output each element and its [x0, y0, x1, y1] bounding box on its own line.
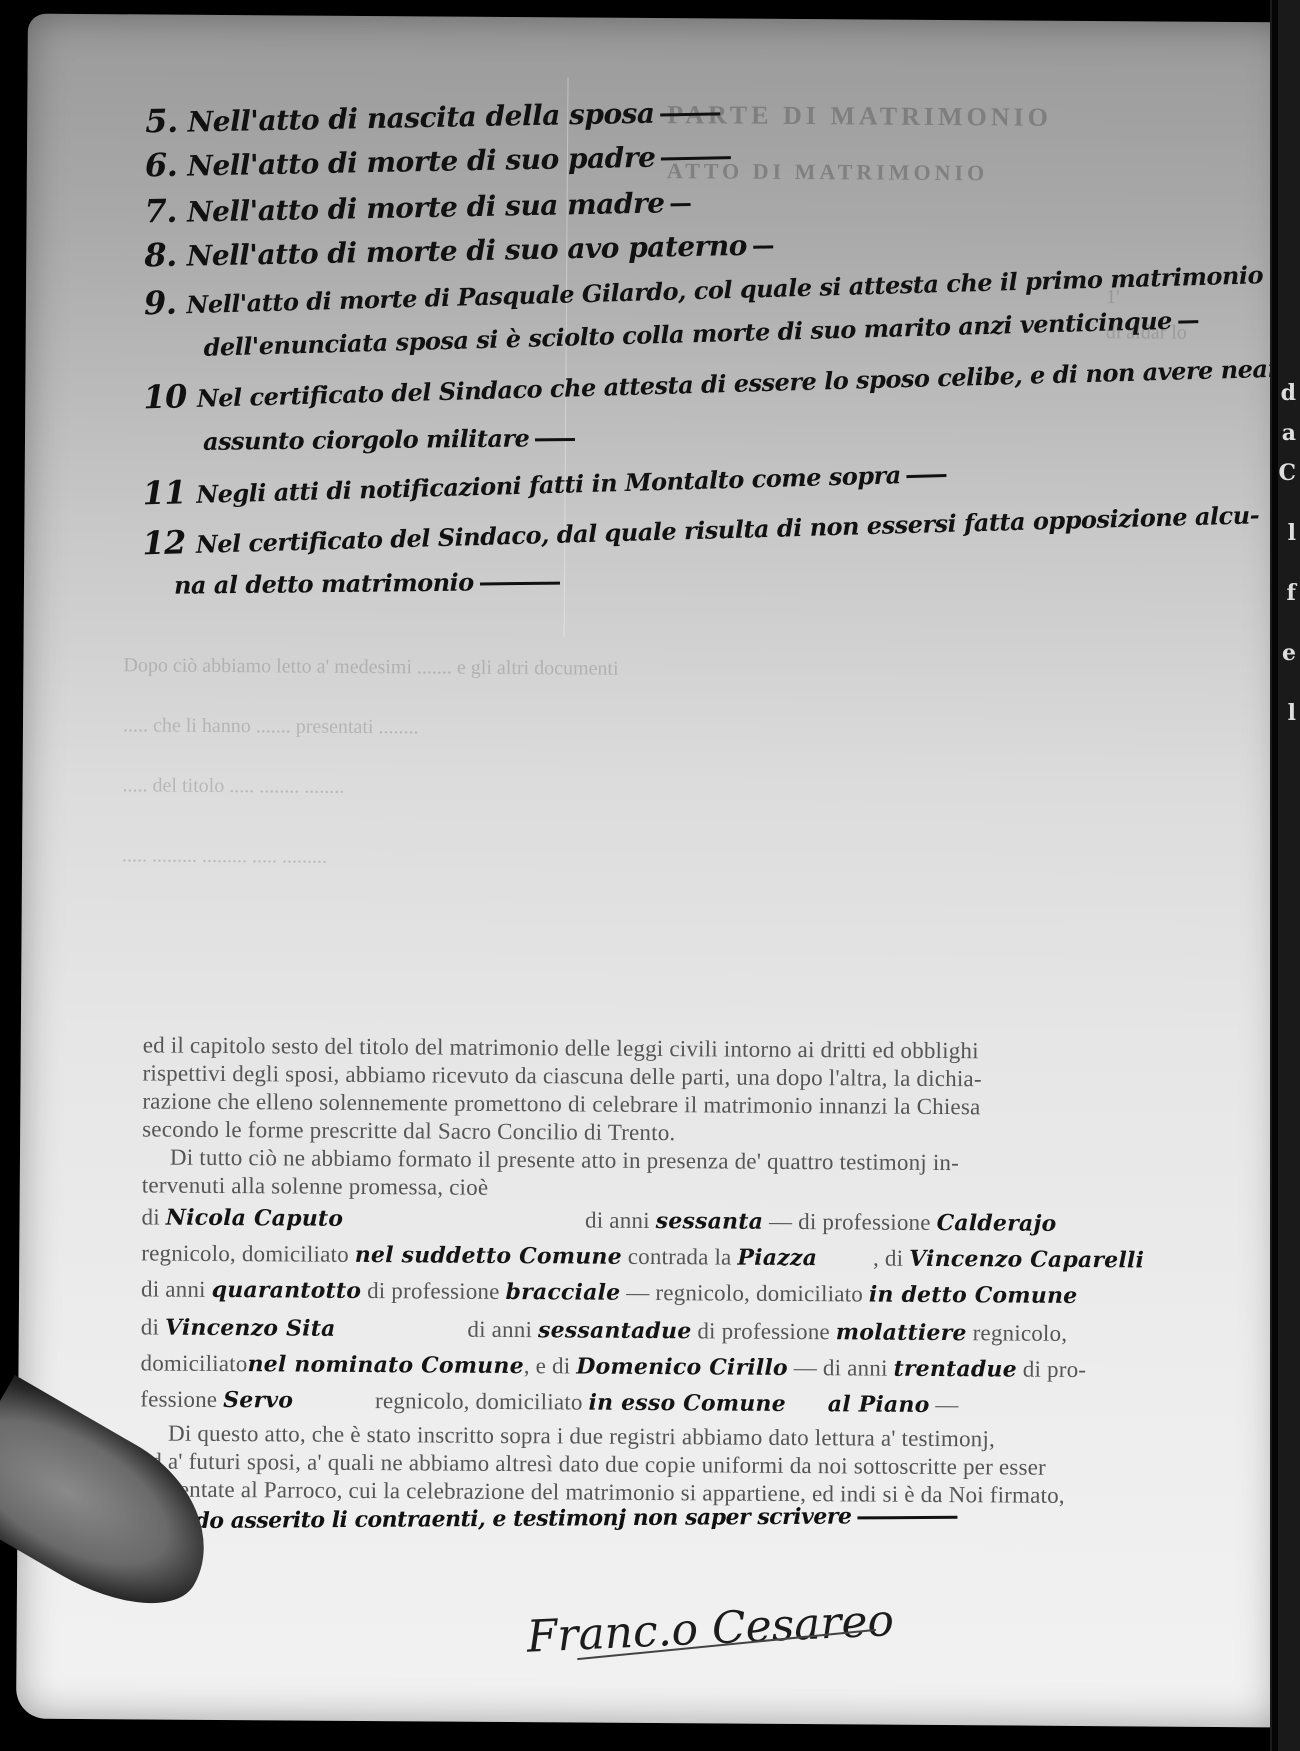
witness-2-line: di anni quarantotto di professione bracc… [141, 1276, 1078, 1309]
closing-printed-1: Di questo atto, che è stato inscritto so… [168, 1421, 995, 1453]
margin-mark-3: C [1278, 460, 1296, 486]
margin-mark-5: f [1287, 580, 1296, 606]
ghost-text-2: ..... che li hanno ....... presentati ..… [123, 714, 419, 739]
ghost-text-1: Dopo ciò abbiamo letto a' medesimi .....… [123, 654, 618, 680]
margin-mark-1: d [1281, 380, 1296, 406]
witness-4-line: fessione Servo regnicolo, domiciliato in… [140, 1386, 959, 1418]
witness-4-domicile: in esso Comune [588, 1390, 786, 1417]
witness-1-line: di Nicola Caputo di anni sessanta — di p… [141, 1204, 1056, 1236]
witness-3-line: di Vincenzo Sita di anni sessantadue di … [141, 1314, 1068, 1346]
witness-3-domicile: nel nominato Comune [247, 1351, 523, 1379]
witness-1-age: sessanta [656, 1208, 764, 1235]
list-item-5: 5.Nell'atto di nascita della sposa [145, 91, 721, 140]
witness-4-age: trentadue [893, 1356, 1017, 1383]
closing-printed-2: ed a' futuri sposi, a' quali ne abbiamo … [140, 1448, 1046, 1480]
list-item-8: 8.Nell'atto di morte di suo avo paterno [144, 224, 773, 274]
list-item-11: 11Negli atti di notificazioni fatti in M… [142, 452, 947, 512]
witness-2-domicile: in detto Comune [869, 1282, 1078, 1309]
witness-1-domicile: nel suddetto Comune [355, 1242, 622, 1270]
witness-1-contrada: Piazza [737, 1245, 817, 1272]
printed-line-2: rispettivi degli sposi, abbiamo ricevuto… [142, 1060, 981, 1092]
adjacent-page-edge: d a C l f e l [1270, 0, 1300, 1751]
witness-2-profession: bracciale [505, 1279, 620, 1306]
ghost-side-2: di aldar lo [1106, 321, 1187, 345]
ghost-side-1: 1' [1106, 286, 1120, 309]
register-page: PARTE DI MATRIMONIO ATTO DI MATRIMONIO 5… [16, 14, 1290, 1728]
closing-handwritten: avendo asserito li contraenti, e testimo… [139, 1503, 957, 1535]
witness-3-domicile-line: domiciliatonel nominato Comune, e di Dom… [140, 1350, 1086, 1383]
witness-4-name: Domenico Cirillo [576, 1353, 788, 1380]
list-item-12-cont: na al detto matrimonio [174, 567, 560, 600]
ghost-text-3: ..... del titolo ..... ........ ........ [122, 774, 344, 799]
printed-line-1: ed il capitolo sesto del titolo del matr… [143, 1032, 979, 1064]
witness-1-domicile-line: regnicolo, domiciliato nel suddetto Comu… [141, 1240, 1144, 1273]
list-item-6: 6.Nell'atto di morte di suo padre [145, 135, 732, 184]
binding-line [1272, 0, 1278, 1751]
printed-line-3: razione che elleno solennemente prometto… [142, 1088, 980, 1120]
official-signature: Franc.o Cesareo [526, 1595, 895, 1663]
printed-line-4: secondo le forme prescritte dal Sacro Co… [142, 1116, 675, 1146]
witness-3-name: Vincenzo Sita [165, 1315, 336, 1342]
margin-mark-7: l [1288, 700, 1296, 726]
list-item-7: 7.Nell'atto di morte di sua madre [144, 182, 691, 230]
printed-line-5: Di tutto ciò ne abbiamo formato il prese… [170, 1145, 959, 1177]
witness-1-profession: Calderajo [937, 1210, 1057, 1237]
witness-2-age: quarantotto [212, 1277, 362, 1304]
margin-mark-4: l [1288, 520, 1296, 546]
witness-2-name: Vincenzo Caparelli [909, 1246, 1144, 1274]
witness-4-profession: Servo [223, 1387, 293, 1413]
witness-4-location: al Piano [828, 1391, 930, 1418]
ghost-heading-1: PARTE DI MATRIMONIO [667, 100, 1052, 133]
witness-3-age: sessantadue [538, 1317, 692, 1344]
witness-1-name: Nicola Caputo [166, 1205, 344, 1232]
margin-mark-6: e [1282, 640, 1296, 666]
ghost-text-4: ..... ......... ......... ..... ........… [122, 844, 327, 868]
witness-3-profession: molattiere [836, 1319, 967, 1346]
printed-line-6: tervenuti alla solenne promessa, cioè [142, 1172, 489, 1200]
list-item-10-cont: assunto ciorgolo militare [203, 423, 576, 456]
margin-mark-2: a [1282, 420, 1296, 446]
